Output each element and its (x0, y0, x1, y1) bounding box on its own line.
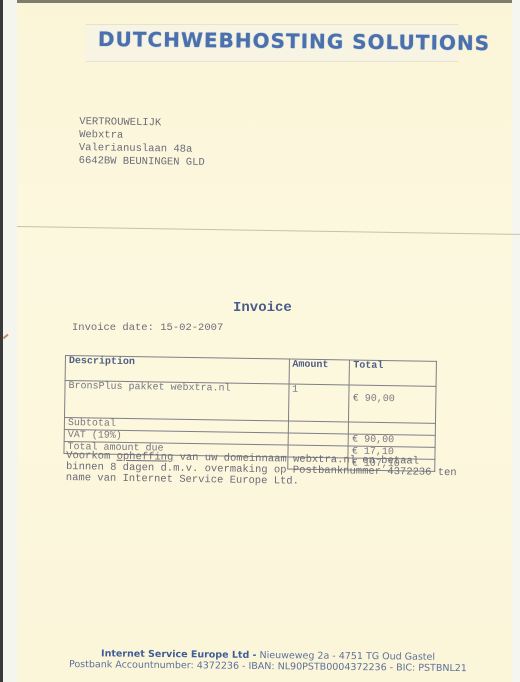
invoice-date: Invoice date: 15-02-2007 (72, 322, 223, 334)
invoice-date-label: Invoice date: (72, 322, 154, 334)
table-row: BronsPlus pakket webxtra.nl 1 € 90,00 (65, 381, 437, 424)
cell-amount (288, 421, 349, 434)
invoice-date-value: 15-02-2007 (160, 322, 223, 334)
invoice-title: Invoice (233, 300, 292, 316)
header-amount: Amount (289, 359, 350, 385)
recipient-address: VERTROUWELIJK Webxtra Valerianuslaan 48a… (79, 116, 206, 170)
paper-fold-line (17, 226, 520, 235)
cell-description: BronsPlus pakket webxtra.nl (65, 381, 289, 422)
address-line: 6642BW BEUNINGEN GLD (79, 155, 205, 170)
header-total: Total (349, 360, 436, 386)
payment-note: Voorkom opheffing van uw domeinnaam webx… (66, 451, 457, 490)
cell-total: € 90,00 (349, 434, 436, 447)
scan-right-strip (512, 0, 520, 682)
cell-total: € 90,00 (349, 385, 436, 423)
company-logo-text: DUTCHWEBHOSTING SOLUTIONS (98, 27, 490, 55)
scan-top-edge (0, 0, 520, 3)
company-footer: Internet Service Europe Ltd - Nieuweweg … (68, 648, 468, 674)
cell-amount (288, 433, 349, 446)
scanned-invoice-page: DUTCHWEBHOSTING SOLUTIONS VERTROUWELIJK … (0, 0, 520, 682)
cell-amount: 1 (288, 384, 349, 422)
header-description: Description (65, 356, 289, 385)
